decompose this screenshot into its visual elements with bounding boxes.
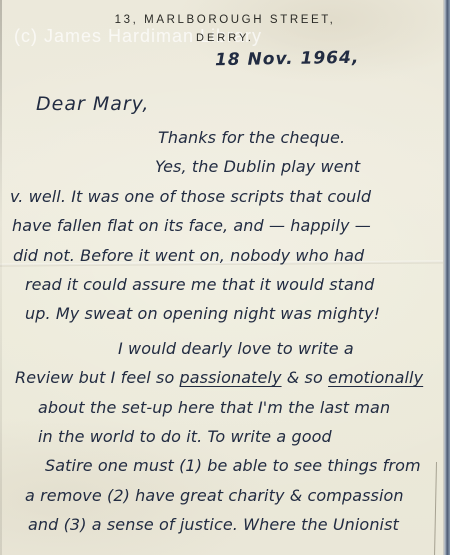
letter-line: about the set-up here that I'm the last …: [38, 398, 450, 427]
letter-text: have fallen flat on its face, and — happ…: [12, 216, 371, 235]
letter-line: Yes, the Dublin play went: [155, 157, 450, 186]
letter-text: Yes, the Dublin play went: [155, 157, 360, 176]
letterhead-address-line2: DERRY.: [0, 32, 450, 44]
letter-text: & so: [282, 368, 328, 387]
letter-line: did not. Before it went on, nobody who h…: [13, 246, 450, 275]
letter-line: v. well. It was one of those scripts tha…: [10, 187, 450, 216]
letterhead-address-line1: 13, MARLBOROUGH STREET,: [0, 14, 450, 26]
letter-line: Thanks for the cheque.: [158, 128, 450, 157]
underlined-word: passionately: [180, 368, 282, 387]
letter-text: and (3) a sense of justice. Where the Un…: [28, 515, 399, 534]
letter-line: have fallen flat on its face, and — happ…: [12, 216, 450, 245]
letter-text: I would dearly love to write a: [118, 339, 354, 358]
letter-text: did not. Before it went on, nobody who h…: [13, 246, 364, 265]
letter-line: in the world to do it. To write a good: [38, 427, 450, 456]
letter-text: v. well. It was one of those scripts tha…: [10, 187, 371, 206]
letter-text: about the set-up here that I'm the last …: [38, 398, 390, 417]
letter-line: a remove (2) have great charity & compas…: [25, 486, 450, 515]
letter-text: in the world to do it. To write a good: [38, 427, 332, 446]
letter-line: up. My sweat on opening night was mighty…: [25, 304, 450, 333]
letter-body: Thanks for the cheque.Yes, the Dublin pl…: [0, 128, 450, 544]
letter-line: Satire one must (1) be able to see thing…: [45, 456, 450, 485]
salutation: Dear Mary,: [36, 93, 149, 115]
letter-line: and (3) a sense of justice. Where the Un…: [28, 515, 450, 544]
letter-page: (c) James Hardiman Library 13, MARLBOROU…: [0, 0, 450, 555]
letter-text: up. My sweat on opening night was mighty…: [25, 304, 380, 323]
letter-text: a remove (2) have great charity & compas…: [25, 486, 404, 505]
letter-text: Thanks for the cheque.: [158, 128, 345, 147]
letter-text: read it could assure me that it would st…: [25, 275, 374, 294]
letter-text: Review but I feel so: [15, 368, 180, 387]
letter-text: Satire one must (1) be able to see thing…: [45, 456, 421, 475]
underlined-word: emotionally: [328, 368, 423, 387]
letter-line: read it could assure me that it would st…: [25, 275, 450, 304]
letter-date: 18 Nov. 1964,: [215, 48, 360, 71]
letter-line: I would dearly love to write a: [118, 339, 450, 368]
letterhead: 13, MARLBOROUGH STREET, DERRY.: [0, 14, 450, 44]
letter-line: Review but I feel so passionately & so e…: [15, 368, 450, 397]
